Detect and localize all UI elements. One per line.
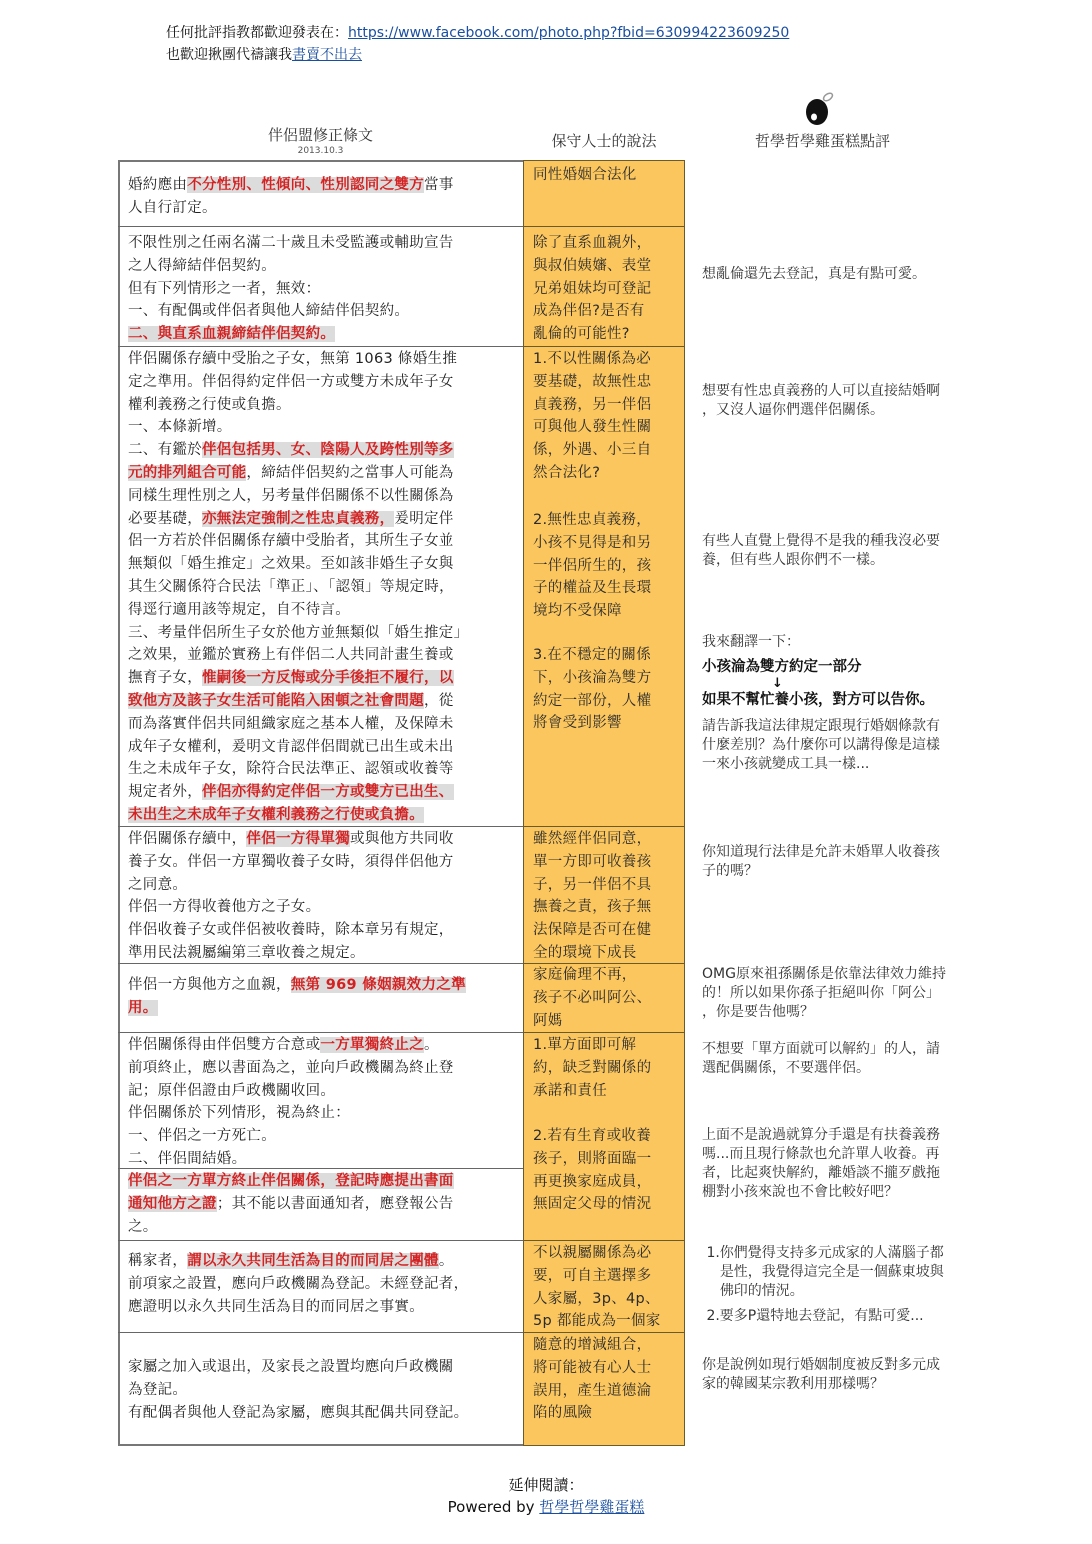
highlighted-text: 亦無法定強制之性忠貞義務，	[202, 511, 394, 527]
text-run: 。 前項終止，應以書面為之，並向戶政機關為終止登 記；原伴侶證由戶政機關收回。 …	[128, 1037, 454, 1167]
conservative-claim-1: 1.單方面即可解 約，缺乏對關係的 承諾和責任	[533, 1034, 679, 1102]
highlighted-text: 二、與直系血親締結伴侶契約。	[128, 326, 335, 342]
conservative-claim: 隨意的增減組合， 將可能被有心人士 誤用，產生道德淪 陷的風險	[533, 1334, 679, 1425]
amendment-text: 伴侶關係存續中，伴侶一方得單獨或與他方共同收 養子女。伴侶一方單獨收養子女時，須…	[128, 828, 454, 965]
text-run: 伴侶一方與他方之血親，	[128, 977, 291, 993]
row-divider	[118, 1032, 523, 1033]
text-run: 家屬之加入或退出，及家長之設置均應向戶政機關 為登記。 有配偶者與他人登記為家屬…	[128, 1359, 468, 1421]
header-conservative-title: 保守人士的說法	[524, 130, 684, 151]
conservative-claim: 家庭倫理不再， 孩子不必叫阿公、 阿媽	[533, 964, 679, 1032]
down-arrow-icon: ↓	[772, 676, 783, 691]
commentary: 請告訴我這法律規定跟現行婚姻條款有 什麼差別？為什麼你可以講得像是這樣 一來小孩…	[702, 717, 982, 774]
commentary: 你知道現行法律是允許未婚單人收養孩 子的嗎？	[702, 843, 982, 881]
row-divider	[118, 1240, 523, 1241]
commentary: OMG原來祖孫關係是依靠法律效力維持 的！所以如果你孫子拒絕叫你「阿公」 ，你是…	[702, 965, 982, 1022]
conservative-claim-2: 2.無性忠貞義務， 小孩不見得是和另 一伴侶所生的，孩 子的權益及生長環 境均不…	[533, 509, 679, 623]
text-run: 不限性別之任兩名滿二十歲且未受監護或輔助宣告 之人得締結伴侶契約。 但有下列情形…	[128, 235, 454, 319]
commentary: 2.要多P還特地去登記，有點可愛...	[702, 1307, 982, 1326]
highlighted-text: 一方單獨終止之	[320, 1037, 424, 1053]
row-divider	[118, 226, 523, 227]
commentary: 不想要「單方面就可以解約」的人，請 選配偶關係，不要選伴侶。	[702, 1040, 982, 1078]
facebook-link[interactable]: https://www.facebook.com/photo.php?fbid=…	[348, 25, 789, 41]
commentary: 想亂倫還先去登記，真是有點可愛。	[702, 265, 982, 284]
commentary: 想要有性忠貞義務的人可以直接結婚啊 ，又沒人逼你們選伴侶關係。	[702, 382, 982, 420]
text-run: 爰明定伴 侶一方若於伴侶關係存續中受胎者，其所生子女並 無類似「婚生推定」之效果…	[128, 511, 468, 687]
conservative-claim: 同性婚姻合法化	[533, 164, 679, 187]
commentary: 1.你們覺得支持多元成家的人滿腦子都 是性，我覺得這完全是一個蘇東坡與 佛印的情…	[702, 1244, 982, 1301]
commentary: 你是說例如現行婚姻制度被反對多元成 家的韓國某宗教利用那樣嗎？	[702, 1356, 982, 1394]
highlighted-text: 不分性別、性傾向、性別認同之雙方	[187, 177, 424, 193]
row-divider	[523, 1240, 685, 1241]
conservative-claim-2: 2.若有生育或收養 孩子，則將面臨一 再更換家庭成員， 無固定父母的情況	[533, 1125, 679, 1216]
commentary: 我來翻譯一下：	[702, 633, 982, 652]
row-divider	[523, 226, 685, 227]
row-divider	[523, 826, 685, 827]
header-conservative: 保守人士的說法	[524, 130, 684, 151]
text-run: 婚約應由	[128, 177, 187, 193]
amendment-text-sub: 伴侶之一方單方終止伴侶關係，登記時應提出書面 通知他方之證；其不能以書面通知者，…	[128, 1170, 454, 1238]
highlighted-text: 謂以永久共同生活為目的而同居之團體	[187, 1253, 439, 1269]
top-note: 任何批評指教都歡迎發表在：https://www.facebook.com/ph…	[166, 22, 789, 66]
further-reading-label: 延伸閱讀：	[0, 1474, 1092, 1495]
amendment-text: 婚約應由不分性別、性傾向、性別認同之雙方當事 人自行訂定。	[128, 174, 454, 220]
comment-invite-text: 任何批評指教都歡迎發表在：	[166, 25, 348, 41]
amendment-text: 稱家者，謂以永久共同生活為目的而同居之團體。 前項家之設置，應向戶政機關為登記。…	[128, 1250, 468, 1318]
header-amendment-title: 伴侶盟修正條文	[118, 124, 523, 145]
book-link[interactable]: 書賣不出去	[292, 47, 362, 63]
header-commentary-title: 哲學哲學雞蛋糕點評	[700, 130, 945, 151]
highlighted-text: 伴侶一方得單獨	[246, 831, 350, 847]
powered-by: Powered by 哲學哲學雞蛋糕	[0, 1496, 1092, 1517]
amendment-text: 伴侶關係得由伴侶雙方合意或一方單獨終止之。 前項終止，應以書面為之，並向戶政機關…	[128, 1034, 454, 1171]
commentary-quote: 小孩淪為雙方約定一部分	[702, 657, 982, 676]
commentary: 有些人直覺上覺得不是我的種我沒必要 養，但有些人跟你們不一樣。	[702, 532, 982, 570]
header-amendment: 伴侶盟修正條文 2013.10.3	[118, 124, 523, 156]
comparison-table: 婚約應由不分性別、性傾向、性別認同之雙方當事 人自行訂定。 同性婚姻合法化 不限…	[118, 160, 685, 1446]
row-divider	[523, 346, 685, 347]
amendment-text: 伴侶一方與他方之血親，無第 969 條姻親效力之準 用。	[128, 974, 466, 1020]
conservative-claim-3: 3.在不穩定的關係 下，小孩淪為雙方 約定一部份，人權 將會受到影響	[533, 644, 679, 735]
row-divider	[118, 346, 523, 347]
conservative-claim: 不以親屬關係為必 要，可自主選擇多 人家屬，3p、4p、 5p 都能成為一個家	[533, 1242, 679, 1333]
header-amendment-date: 2013.10.3	[118, 146, 523, 156]
text-run: 伴侶關係存續中，	[128, 831, 246, 847]
author-link[interactable]: 哲學哲學雞蛋糕	[539, 1498, 644, 1516]
commentary-translation: 如果不幫忙養小孩，對方可以告你。	[702, 690, 982, 709]
header-commentary: 哲學哲學雞蛋糕點評	[700, 130, 945, 151]
amendment-text: 家屬之加入或退出，及家長之設置均應向戶政機關 為登記。 有配偶者與他人登記為家屬…	[128, 1356, 468, 1424]
prayer-invite-text: 也歡迎揪團代禱讓我	[166, 47, 292, 63]
amendment-text: 不限性別之任兩名滿二十歲且未受監護或輔助宣告 之人得締結伴侶契約。 但有下列情形…	[128, 232, 454, 346]
text-run: 稱家者，	[128, 1253, 187, 1269]
text-run: 伴侶關係得由伴侶雙方合意或	[128, 1037, 320, 1053]
conservative-claim: 除了直系血親外， 與叔伯姨嬸、表堂 兄弟姐妹均可登記 成為伴侶?是否有 亂倫的可…	[533, 232, 679, 346]
text-run: 或與他方共同收 養子女。伴侶一方單獨收養子女時，須得伴侶他方 之同意。 伴侶一方…	[128, 831, 454, 961]
powered-by-text: Powered by	[448, 1498, 540, 1516]
conservative-claim-1: 1.不以性關係為必 要基礎，故無性忠 貞義務，另一伴侶 可與他人發生性關 係，外…	[533, 348, 679, 485]
egg-with-halo-icon	[800, 90, 836, 126]
amendment-text: 伴侶關係存續中受胎之子女，無第 1063 條婚生推 定之準用。伴侶得約定伴侶一方…	[128, 348, 468, 827]
row-divider	[118, 1332, 523, 1333]
commentary: 上面不是說過就算分手還是有扶養義務 嗎...而且現行條款也允許單人收養。再 者，…	[702, 1126, 982, 1202]
conservative-claim: 雖然經伴侶同意， 單一方即可收養孩 子，另一伴侶不具 撫養之責，孩子無 法保障是…	[533, 828, 679, 965]
